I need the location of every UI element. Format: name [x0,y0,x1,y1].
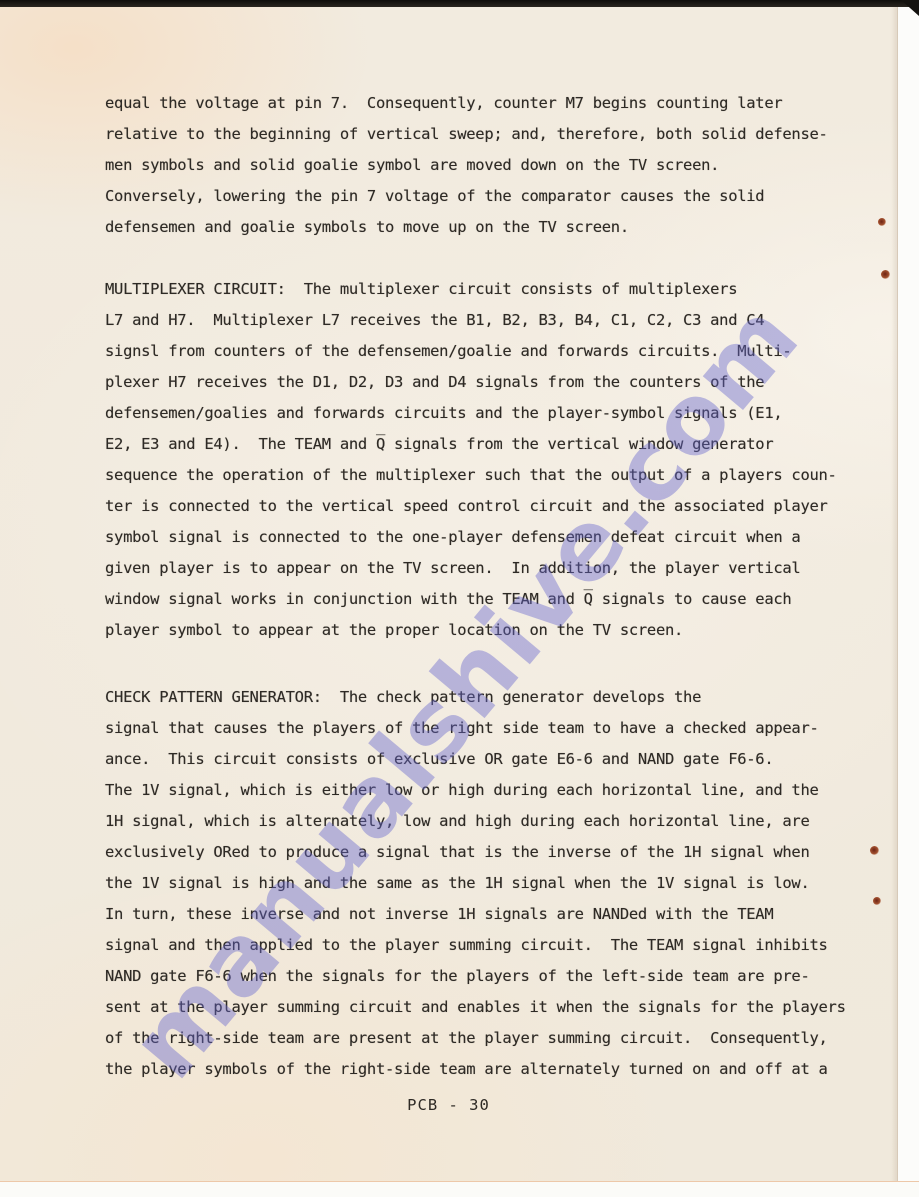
stain-mark [870,846,879,855]
page-body-text: equal the voltage at pin 7. Consequently… [105,88,846,1085]
page-right-edge [897,0,919,1197]
stain-mark [878,218,886,226]
page-number: PCB - 30 [0,1096,897,1114]
stain-mark [873,897,881,905]
page-bottom-edge [0,1181,919,1197]
paragraph-check-pattern-generator: CHECK PATTERN GENERATOR: The check patte… [105,682,846,1085]
paragraph-multiplexer-circuit: MULTIPLEXER CIRCUIT: The multiplexer cir… [105,274,846,646]
scan-corner-notch [901,0,919,16]
scan-top-edge [0,0,919,7]
scanned-manual-page: equal the voltage at pin 7. Consequently… [0,0,919,1197]
paragraph-comparator: equal the voltage at pin 7. Consequently… [105,88,846,243]
stain-mark [881,270,890,279]
